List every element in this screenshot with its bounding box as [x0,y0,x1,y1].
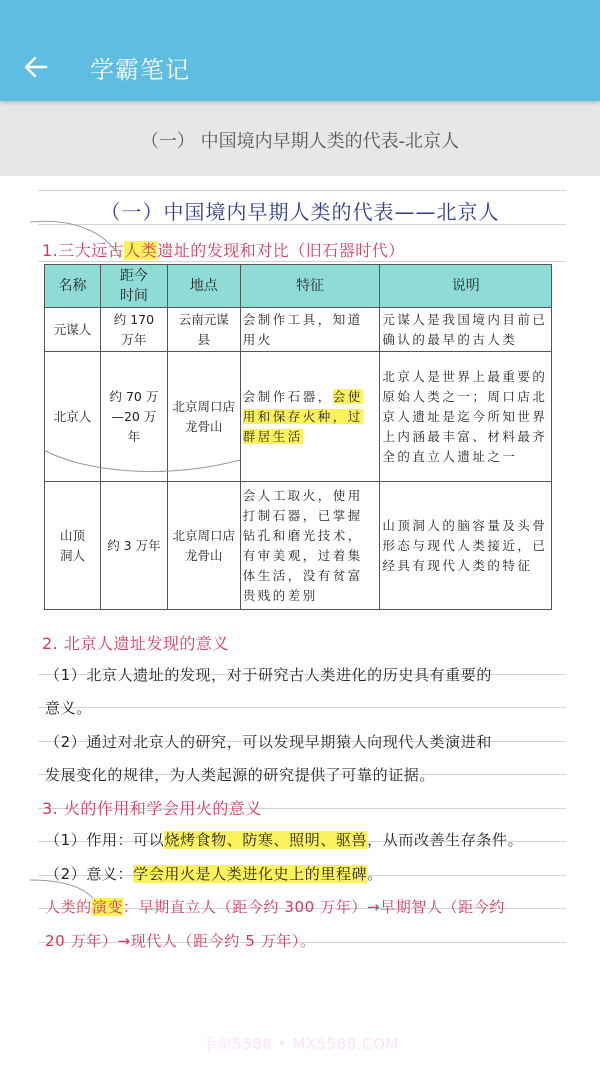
section-1-title-text: 遗址的发现和对比（旧石器时代） [157,241,405,260]
app-bar: 学霸笔记 [0,0,600,101]
section-3-title: 3. 火的作用和学会用火的意义 [42,796,262,819]
header-feature: 特征 [240,265,380,308]
highlighted-text: 演变 [92,898,123,916]
ruled-line [38,190,566,191]
body-line: （1）北京人遗址的发现，对于研究古人类进化的历史具有重要的 [45,664,492,685]
cell-note: 山顶洞人的脑容量及头骨形态与现代人类接近，已经具有现代人类的特征 [380,482,552,610]
article-header: （一） 中国境内早期人类的代表-北京人 [0,101,600,176]
highlighted-text: 人类 [124,241,157,260]
section-1-title: 1.三大远古人类遗址的发现和对比（旧石器时代） [42,238,405,261]
feature-text: 会制作石器， [243,389,333,404]
note-image: （一）中国境内早期人类的代表——北京人 1.三大远古人类遗址的发现和对比（旧石器… [0,176,600,1067]
ruled-line [38,707,566,708]
cell-place: 云南元谋县 [167,308,240,352]
header-name: 名称 [45,265,101,308]
body-line: （1）作用：可以烧烤食物、防寒、照明、驱兽，从而改善生存条件。 [45,829,523,850]
body-text: （2）意义： [45,865,133,883]
note-main-title: （一）中国境内早期人类的代表——北京人 [0,196,600,225]
cell-feature: 会人工取火，使用打制石器，已掌握钻孔和磨光技术，有审美观，过着集体生活，没有贫富… [240,482,380,610]
body-text: ，从而改善生存条件。 [367,831,523,849]
body-line: 意义。 [45,697,92,718]
body-line: 发展变化的规律，为人类起源的研究提供了可靠的证据。 [45,764,435,785]
highlighted-text: 烧烤食物、防寒、照明、驱兽 [164,831,367,849]
cell-name: 山顶洞人 [45,482,101,610]
cell-name: 北京人 [45,352,101,482]
back-button[interactable] [20,52,52,82]
cell-note: 元谋人是我国境内目前已确认的最早的古人类 [380,308,552,352]
header-time: 距今时间 [100,265,167,308]
body-text: 。 [367,865,383,883]
arrow-left-icon [20,52,52,82]
watermark: 手游5588 • MX5588.COM [0,1033,600,1054]
section-1-title-text: 1.三大远古 [42,241,124,260]
cell-feature: 会制作工具，知道用火 [240,308,380,352]
comparison-table: 名称 距今时间 地点 特征 说明 元谋人 约 170 万年 云南元谋县 会制作工… [44,264,552,610]
ruled-line [38,261,566,262]
cell-note: 北京人是世界上最重要的原始人类之一；周口店北京人遗址是迄今所知世界上内涵最丰富、… [380,352,552,482]
cell-time: 约 170 万年 [100,308,167,352]
cell-name: 元谋人 [45,308,101,352]
body-text: ：早期直立人（距今约 300 万年）→早期智人（距今约 [123,898,505,916]
cell-feature: 会制作石器，会使用和保存火种，过群居生活 [240,352,380,482]
app-title: 学霸笔记 [90,50,190,85]
body-line: （2）通过对北京人的研究，可以发现早期猿人向现代人类演进和 [45,731,492,752]
body-text: 人类的 [45,898,92,916]
table-row: 北京人 约 70 万—20 万年 北京周口店龙骨山 会制作石器，会使用和保存火种… [45,352,552,482]
highlighted-text: 学会用火是人类进化史上的里程碑 [133,865,367,883]
evolution-line: 20 万年）→现代人（距今约 5 万年）。 [45,930,316,951]
header-note: 说明 [380,265,552,308]
body-text: （1）作用：可以 [45,831,164,849]
body-line: （2）意义：学会用火是人类进化史上的里程碑。 [45,863,383,884]
table-header-row: 名称 距今时间 地点 特征 说明 [45,265,552,308]
section-2-title: 2. 北京人遗址发现的意义 [42,631,229,654]
table-row: 元谋人 约 170 万年 云南元谋县 会制作工具，知道用火 元谋人是我国境内目前… [45,308,552,352]
cell-time: 约 3 万年 [100,482,167,610]
evolution-line: 人类的演变：早期直立人（距今约 300 万年）→早期智人（距今约 [45,896,505,917]
article-title: （一） 中国境内早期人类的代表-北京人 [0,127,600,153]
cell-place: 北京周口店龙骨山 [167,482,240,610]
cell-time: 约 70 万—20 万年 [100,352,167,482]
header-place: 地点 [167,265,240,308]
table-row: 山顶洞人 约 3 万年 北京周口店龙骨山 会人工取火，使用打制石器，已掌握钻孔和… [45,482,552,610]
cell-place: 北京周口店龙骨山 [167,352,240,482]
